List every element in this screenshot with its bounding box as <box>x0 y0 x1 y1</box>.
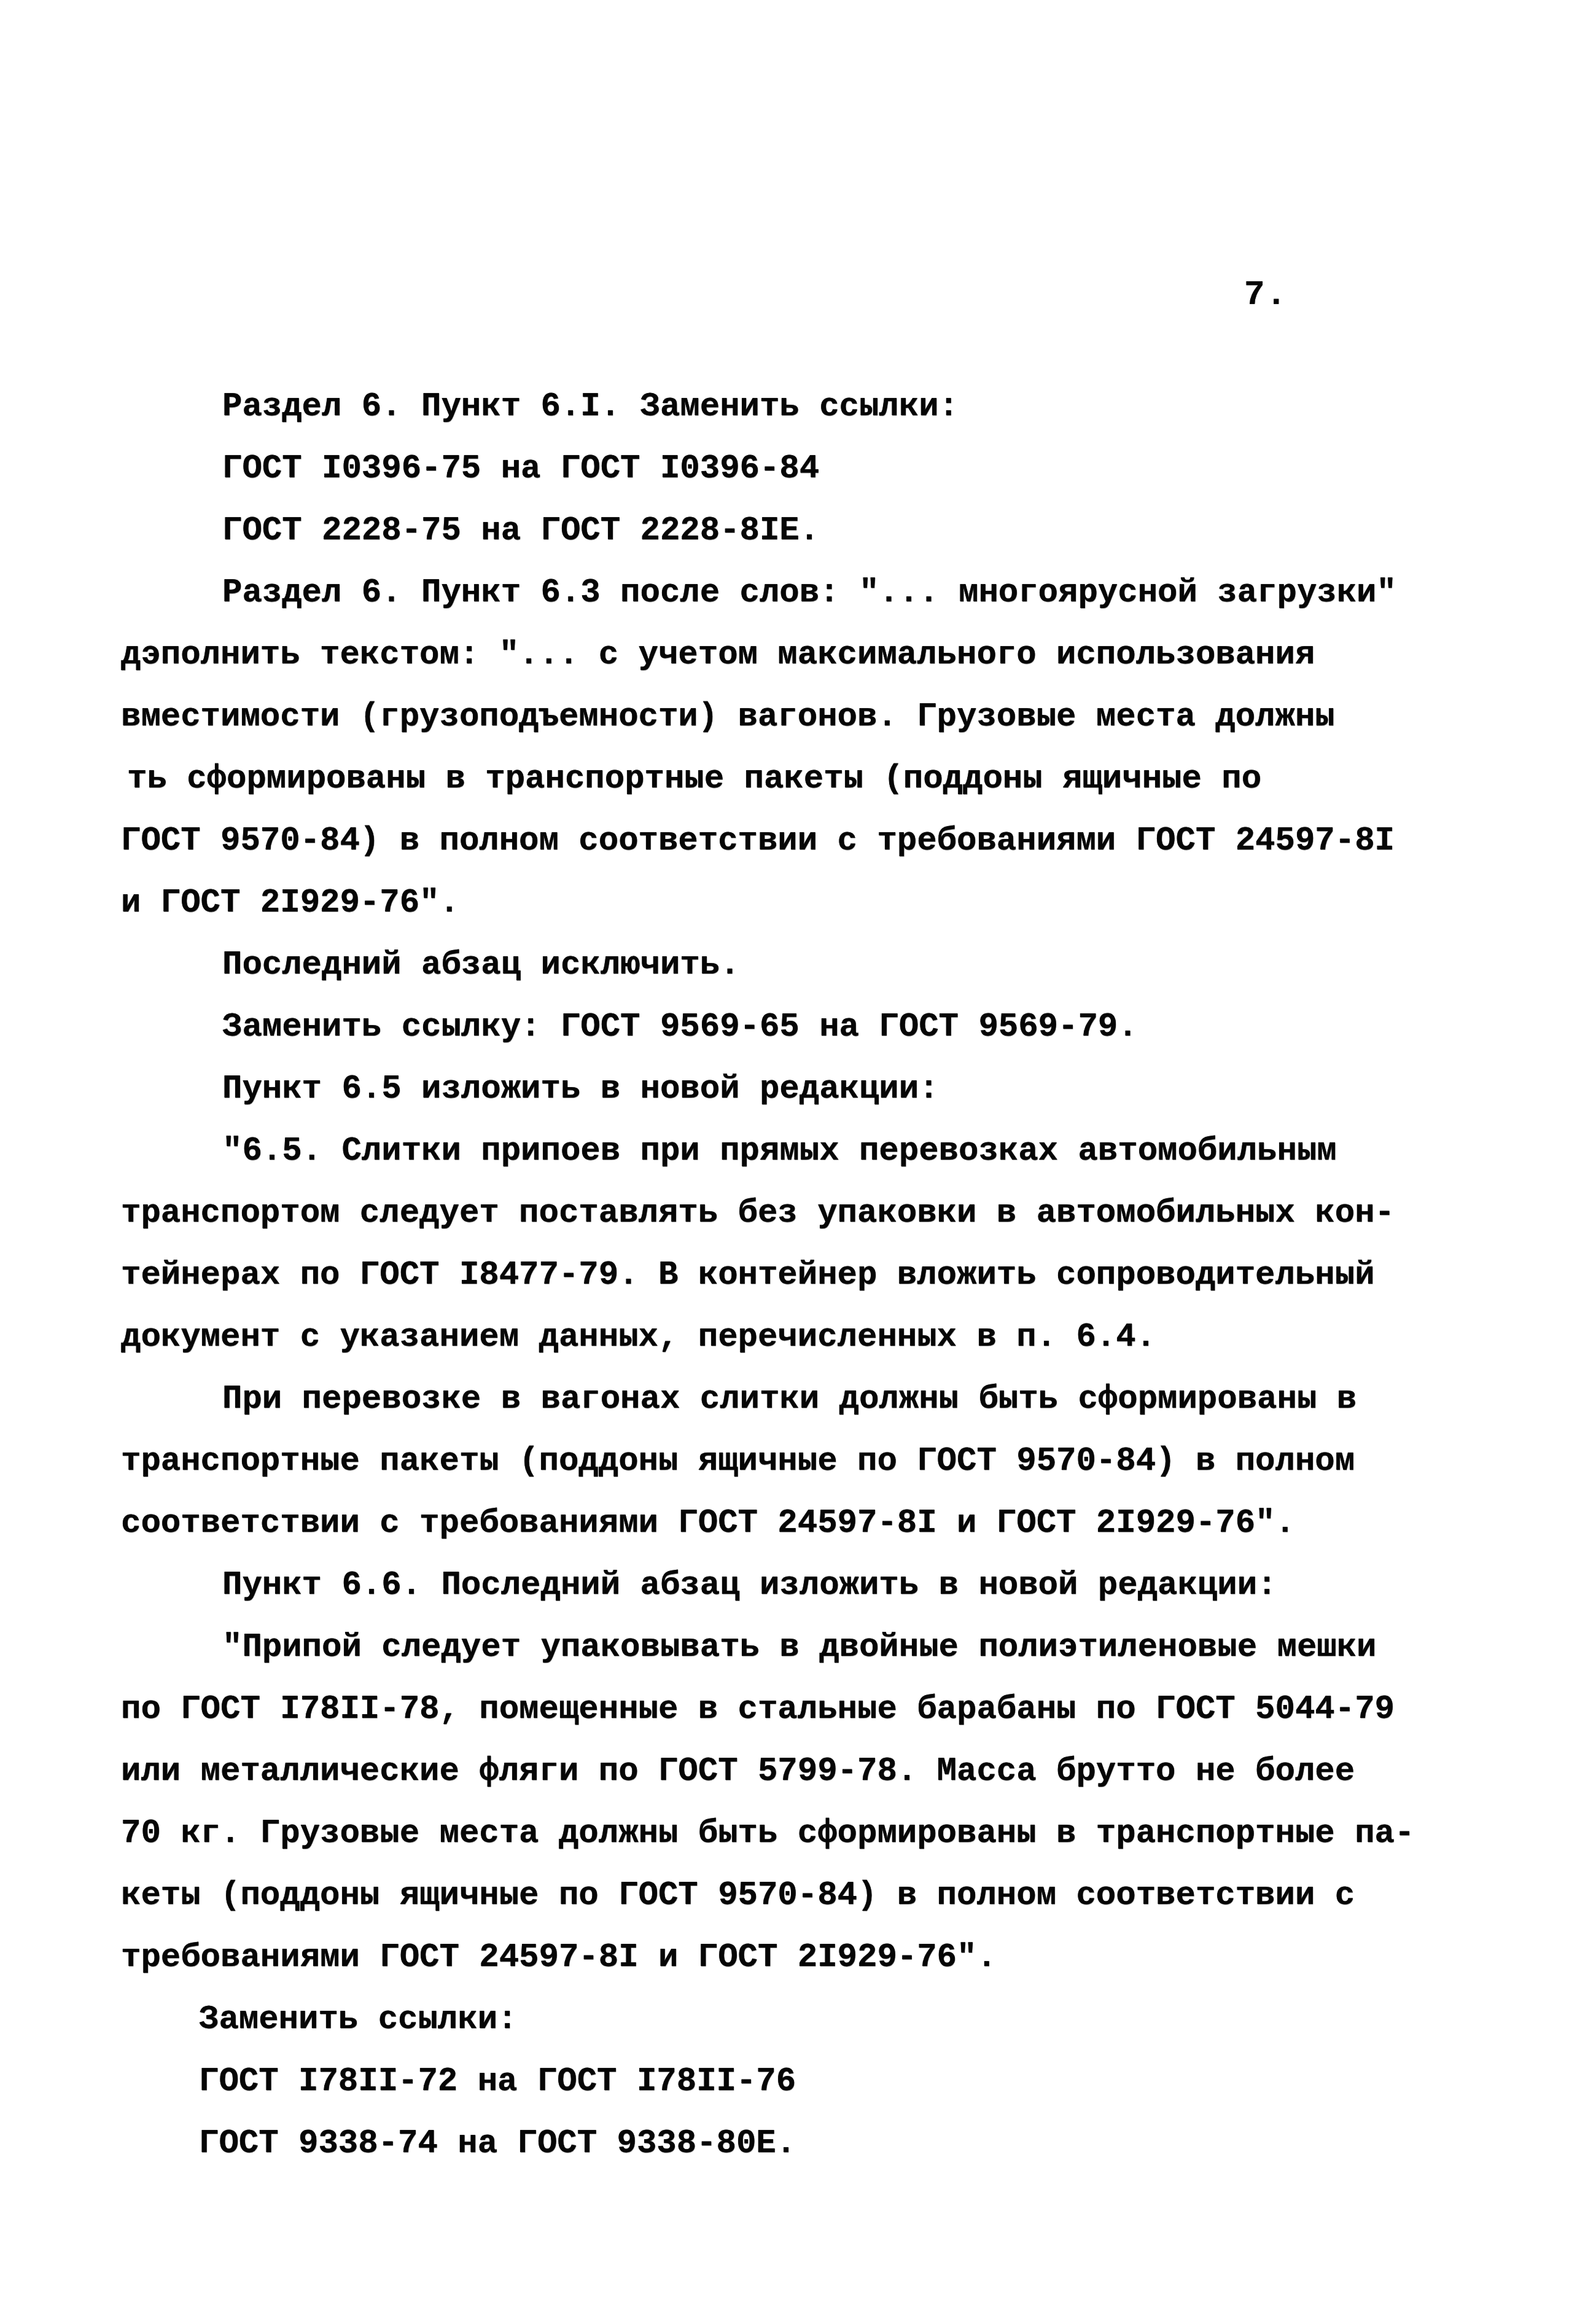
page-number: 7. <box>1244 275 1288 314</box>
doc-line: "Припой следует упаковывать в двойные по… <box>121 1617 1509 1679</box>
doc-line: Раздел 6. Пункт 6.I. Заменить ссылки: <box>121 376 1509 438</box>
doc-line: Раздел 6. Пункт 6.3 после слов: "... мно… <box>121 562 1509 624</box>
doc-line: транспортом следует поставлять без упако… <box>121 1182 1509 1244</box>
doc-line: ть сформированы в транспортные пакеты (п… <box>121 748 1509 810</box>
doc-line: требованиями ГОСТ 24597-8I и ГОСТ 2I929-… <box>121 1927 1509 1989</box>
doc-line: При перевозке в вагонах слитки должны бы… <box>121 1368 1509 1430</box>
doc-line: ГОСТ 9570-84) в полном соответствии с тр… <box>121 810 1509 872</box>
doc-line: документ с указанием данных, перечисленн… <box>121 1306 1509 1368</box>
doc-line: соответствии с требованиями ГОСТ 24597-8… <box>121 1492 1509 1554</box>
doc-line: вместимости (грузоподъемности) вагонов. … <box>121 686 1509 748</box>
doc-line: дэполнить текстом: "... с учетом максима… <box>121 624 1509 686</box>
doc-line: 70 кг. Грузовые места должны быть сформи… <box>121 1803 1509 1865</box>
doc-line: Последний абзац исключить. <box>121 934 1509 996</box>
doc-line: Пункт 6.5 изложить в новой редакции: <box>121 1058 1509 1120</box>
doc-line: ГОСТ I0396-75 на ГОСТ I0396-84 <box>121 438 1509 500</box>
doc-line: тейнерах по ГОСТ I8477-79. В контейнер в… <box>121 1244 1509 1306</box>
doc-line: по ГОСТ I78II-78, помещенные в стальные … <box>121 1679 1509 1741</box>
doc-line: Заменить ссылки: <box>121 1989 1509 2051</box>
doc-line: кеты (поддоны ящичные по ГОСТ 9570-84) в… <box>121 1865 1509 1927</box>
doc-line: транспортные пакеты (поддоны ящичные по … <box>121 1430 1509 1492</box>
document-text: Раздел 6. Пункт 6.I. Заменить ссылки: ГО… <box>121 376 1509 2175</box>
doc-line: "6.5. Слитки припоев при прямых перевозк… <box>121 1120 1509 1182</box>
doc-line: Пункт 6.6. Последний абзац изложить в но… <box>121 1554 1509 1617</box>
doc-line: или металлические фляги по ГОСТ 5799-78.… <box>121 1741 1509 1803</box>
scanned-document-page: 7. Раздел 6. Пункт 6.I. Заменить ссылки:… <box>0 0 1596 2321</box>
doc-line: ГОСТ 2228-75 на ГОСТ 2228-8IЕ. <box>121 500 1509 562</box>
doc-line: Заменить ссылку: ГОСТ 9569-65 на ГОСТ 95… <box>121 996 1509 1058</box>
doc-line: ГОСТ 9338-74 на ГОСТ 9338-80Е. <box>121 2113 1509 2175</box>
doc-line: ГОСТ I78II-72 на ГОСТ I78II-76 <box>121 2051 1509 2113</box>
doc-line: и ГОСТ 2I929-76". <box>121 872 1509 934</box>
